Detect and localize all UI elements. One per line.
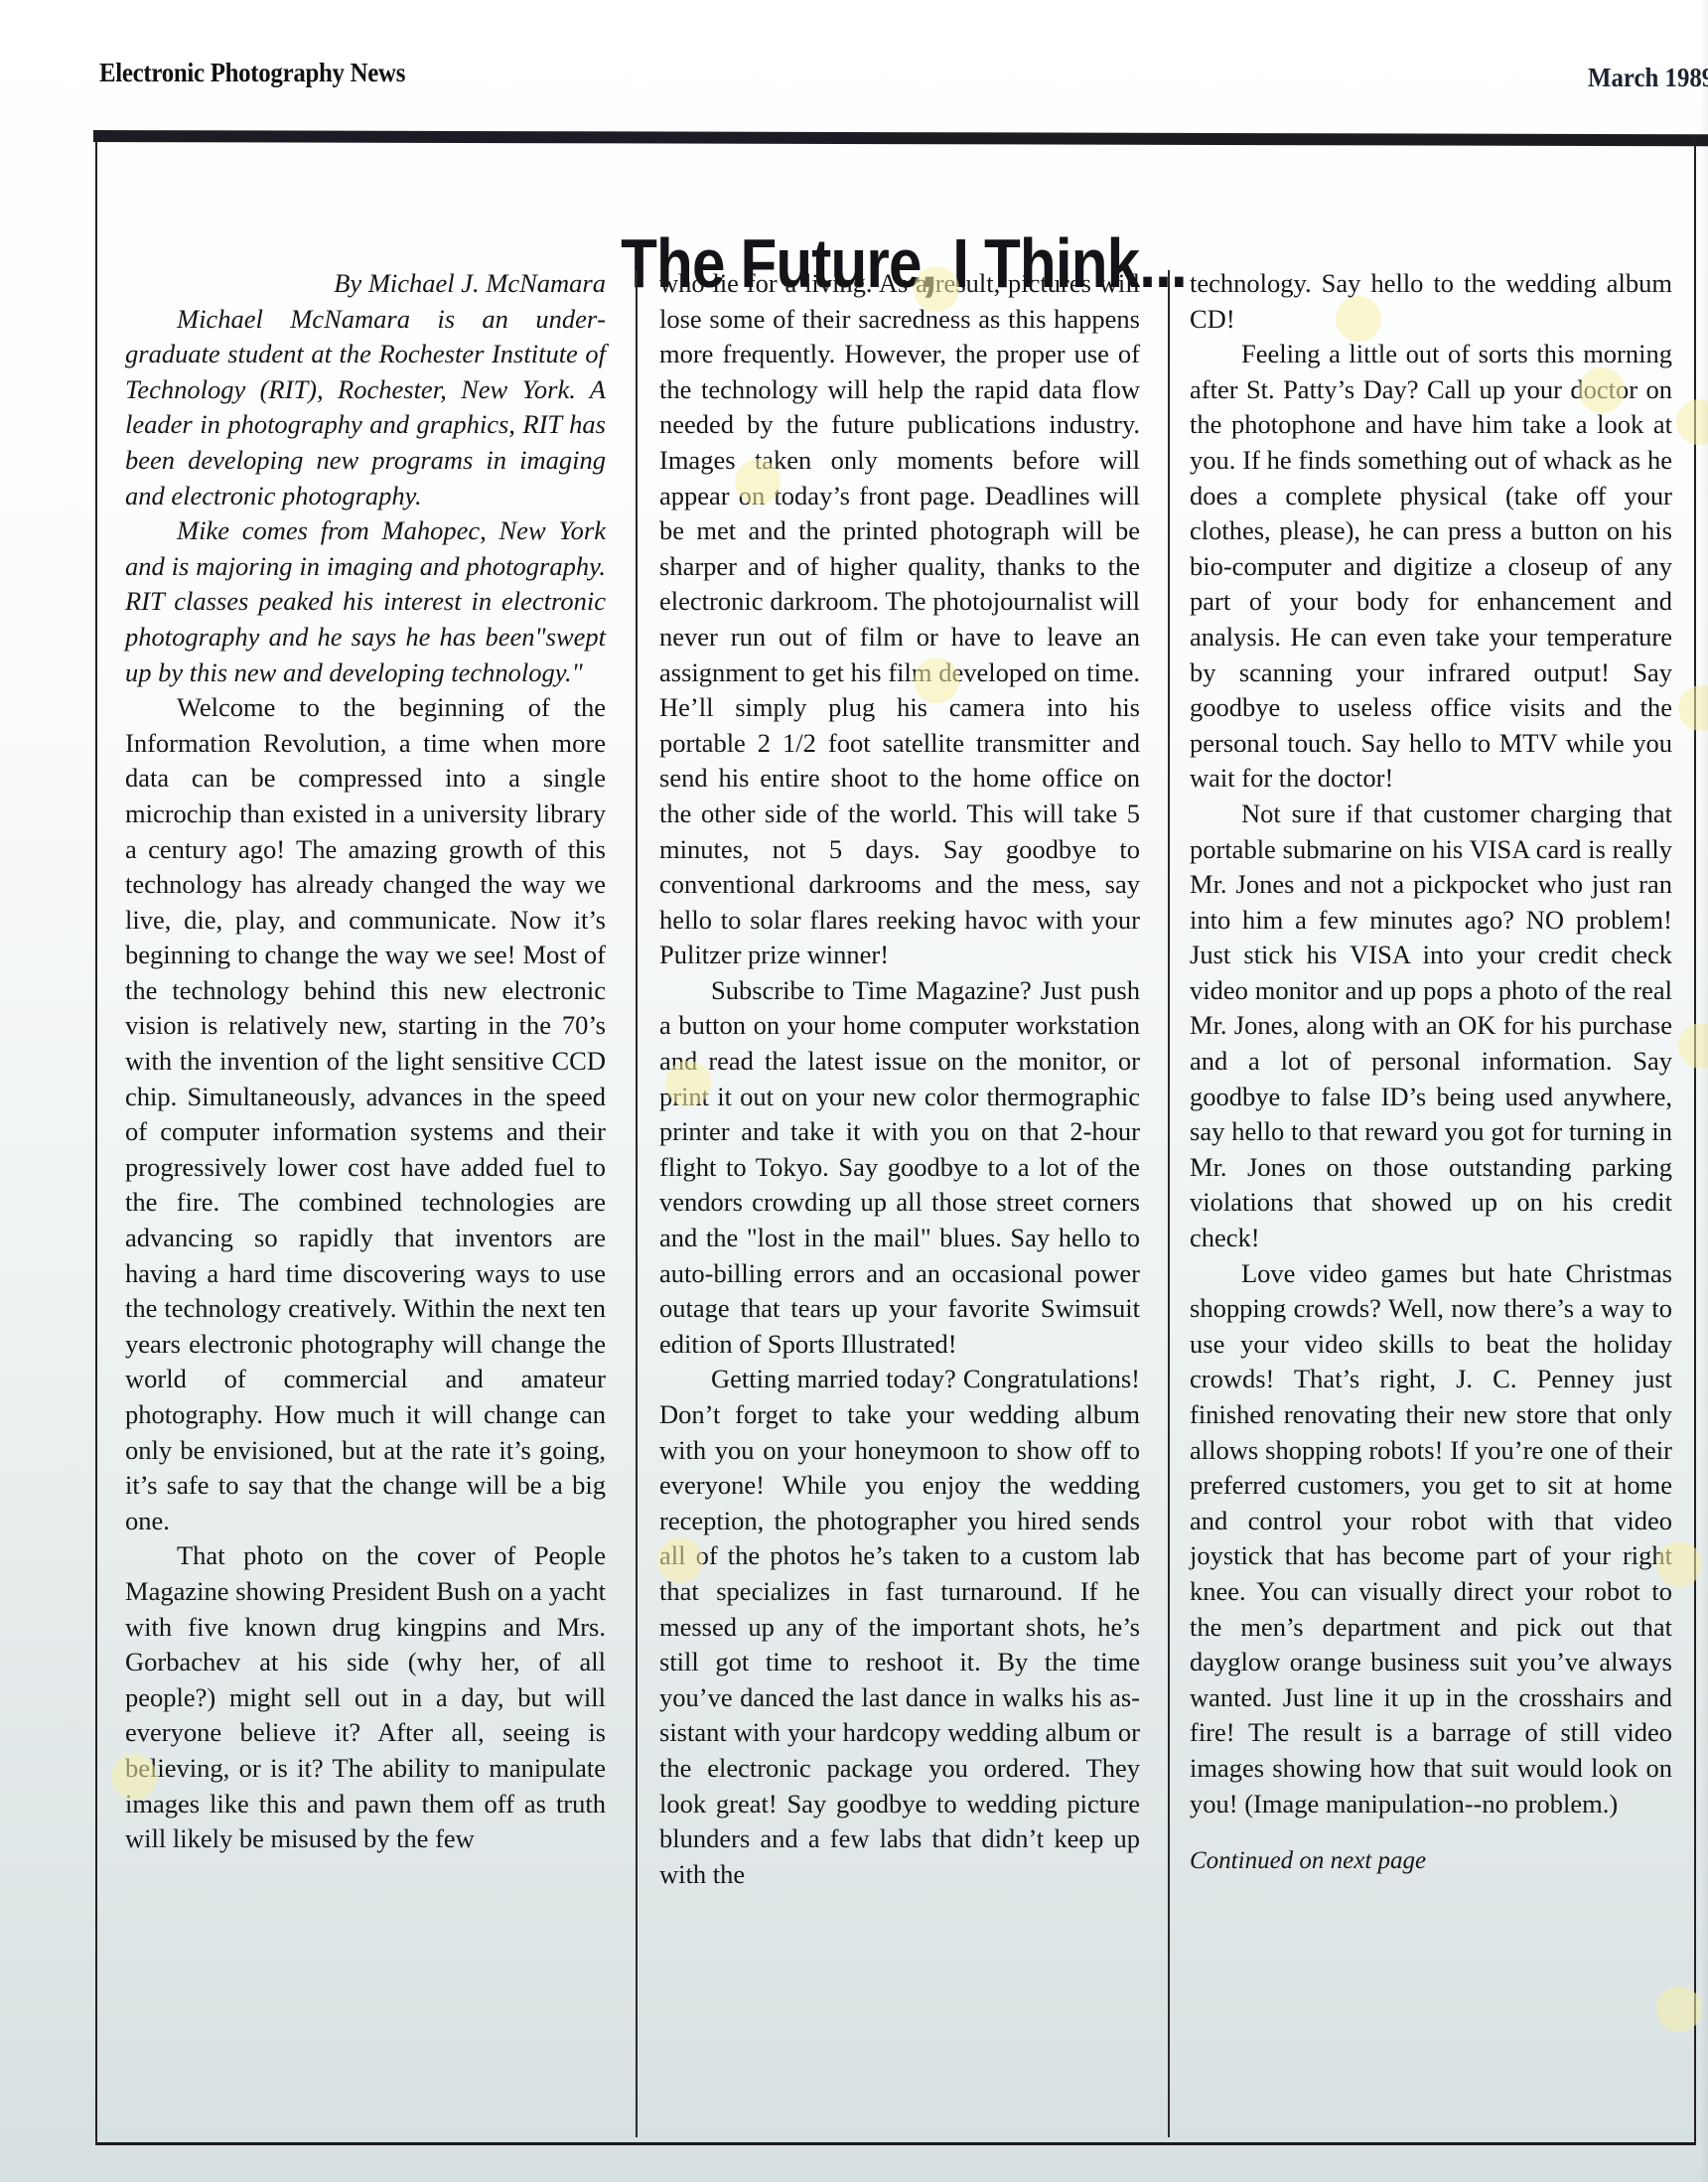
body-paragraph: Not sure if that customer charging that … xyxy=(1190,797,1672,1256)
article-column-3: technology. Say hello to the wedding alb… xyxy=(1190,266,1672,1879)
bio-paragraph: Mike comes from Mahopec, New York and is… xyxy=(125,513,606,690)
body-paragraph: Getting married today? Con­gratulations!… xyxy=(659,1362,1140,1892)
article-column-2: who lie for a living. As a result, pic­t… xyxy=(659,266,1140,1892)
author-bio: Michael McNamara is an under­graduate st… xyxy=(125,302,606,691)
issue-date: March 1989 xyxy=(1588,63,1708,93)
article-column-1: By Michael J. McNamara Michael McNamara … xyxy=(125,266,606,1857)
continued-note: Continued on next page xyxy=(1190,1843,1672,1879)
body-paragraph: That photo on the cover of People Magazi… xyxy=(125,1538,606,1856)
body-paragraph: technology. Say hello to the wedding alb… xyxy=(1190,266,1672,337)
column-divider xyxy=(1168,270,1170,2137)
body-paragraph: Subscribe to Time Magazine? Just push a … xyxy=(659,973,1140,1363)
bio-paragraph: Michael McNamara is an under­graduate st… xyxy=(125,302,606,514)
body-paragraph: Feeling a little out of sorts this morni… xyxy=(1190,337,1672,797)
body-paragraph: Welcome to the beginning of the Informat… xyxy=(125,690,606,1538)
column-divider xyxy=(636,270,638,2137)
byline: By Michael J. McNamara xyxy=(125,266,606,302)
page-edge-shadow xyxy=(1700,0,1708,2182)
publication-name: Electronic Photography News xyxy=(99,58,405,88)
body-paragraph: Love video games but hate Christmas shop… xyxy=(1190,1256,1672,1822)
body-paragraph: who lie for a living. As a result, pic­t… xyxy=(659,266,1140,973)
